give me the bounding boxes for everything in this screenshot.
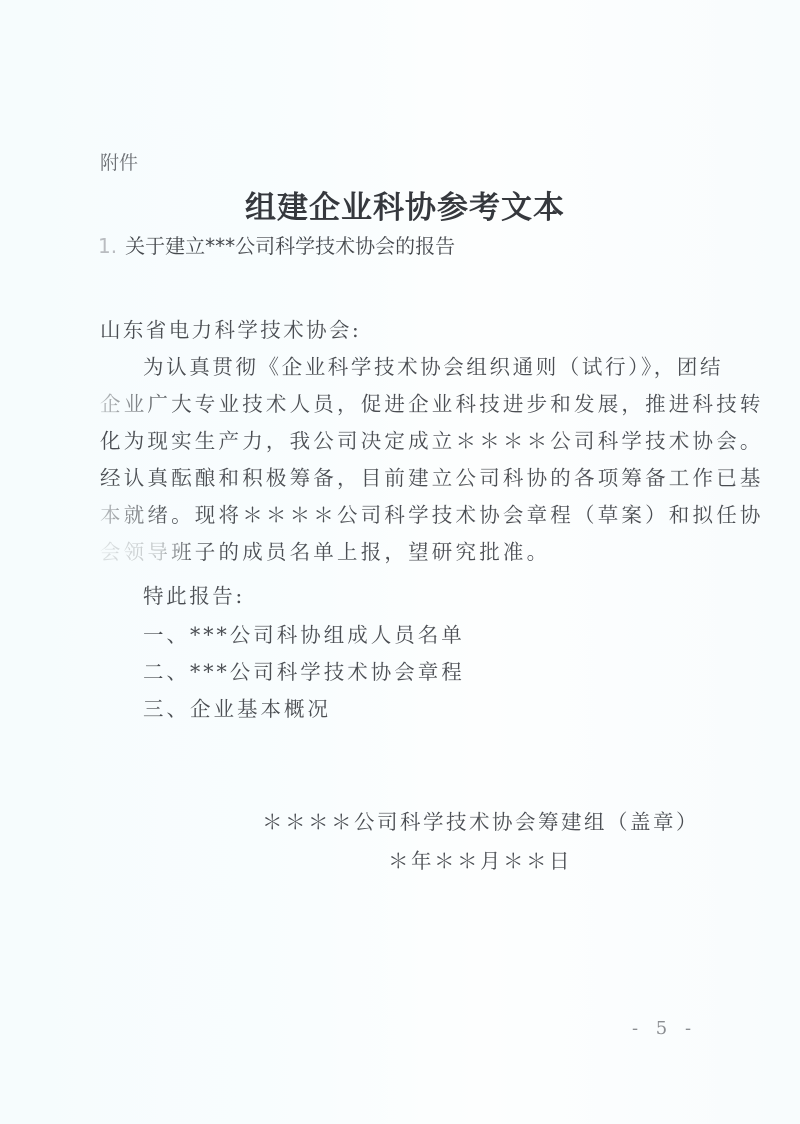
salutation: 山东省电力科学技术协会: xyxy=(100,313,361,343)
body-line-6: 会领导班子的成员名单上报，望研究批准。 xyxy=(100,535,550,565)
attachment-item-3: 三、企业基本概况 xyxy=(143,692,331,722)
section-heading: 1.关于建立***公司科学技术协会的报告 xyxy=(98,230,455,259)
attachment-label: 附件 xyxy=(100,148,138,175)
body-line-1: 为认真贯彻《企业科学技术协会组织通则（试行）》，团结 xyxy=(143,350,723,380)
body-line-2: 企业广大专业技术人员，促进企业科技进步和发展，推进科技转 xyxy=(100,387,764,417)
section-number: 1. xyxy=(98,234,117,258)
section-heading-text: 关于建立***公司科学技术协会的报告 xyxy=(125,234,455,258)
body-line-3: 化为现实生产力，我公司决定成立＊＊＊＊公司科学技术协会。 xyxy=(100,424,764,454)
attachment-item-1: 一、***公司科协组成人员名单 xyxy=(143,618,465,648)
body-line-4: 经认真酝酿和积极筹备，目前建立公司科协的各项筹备工作已基 xyxy=(100,461,764,491)
closing-line: 特此报告: xyxy=(143,579,245,609)
page-number: - 5 - xyxy=(632,1018,697,1039)
signature-date: ＊年＊＊月＊＊日 xyxy=(388,844,572,874)
document-title: 组建企业科协参考文本 xyxy=(245,182,565,227)
body-line-5: 本就绪。现将＊＊＊＊公司科学技术协会章程（草案）和拟任协 xyxy=(100,498,764,528)
attachment-item-2: 二、***公司科学技术协会章程 xyxy=(143,655,465,685)
signature-organization: ＊＊＊＊公司科学技术协会筹建组（盖章） xyxy=(262,805,699,835)
